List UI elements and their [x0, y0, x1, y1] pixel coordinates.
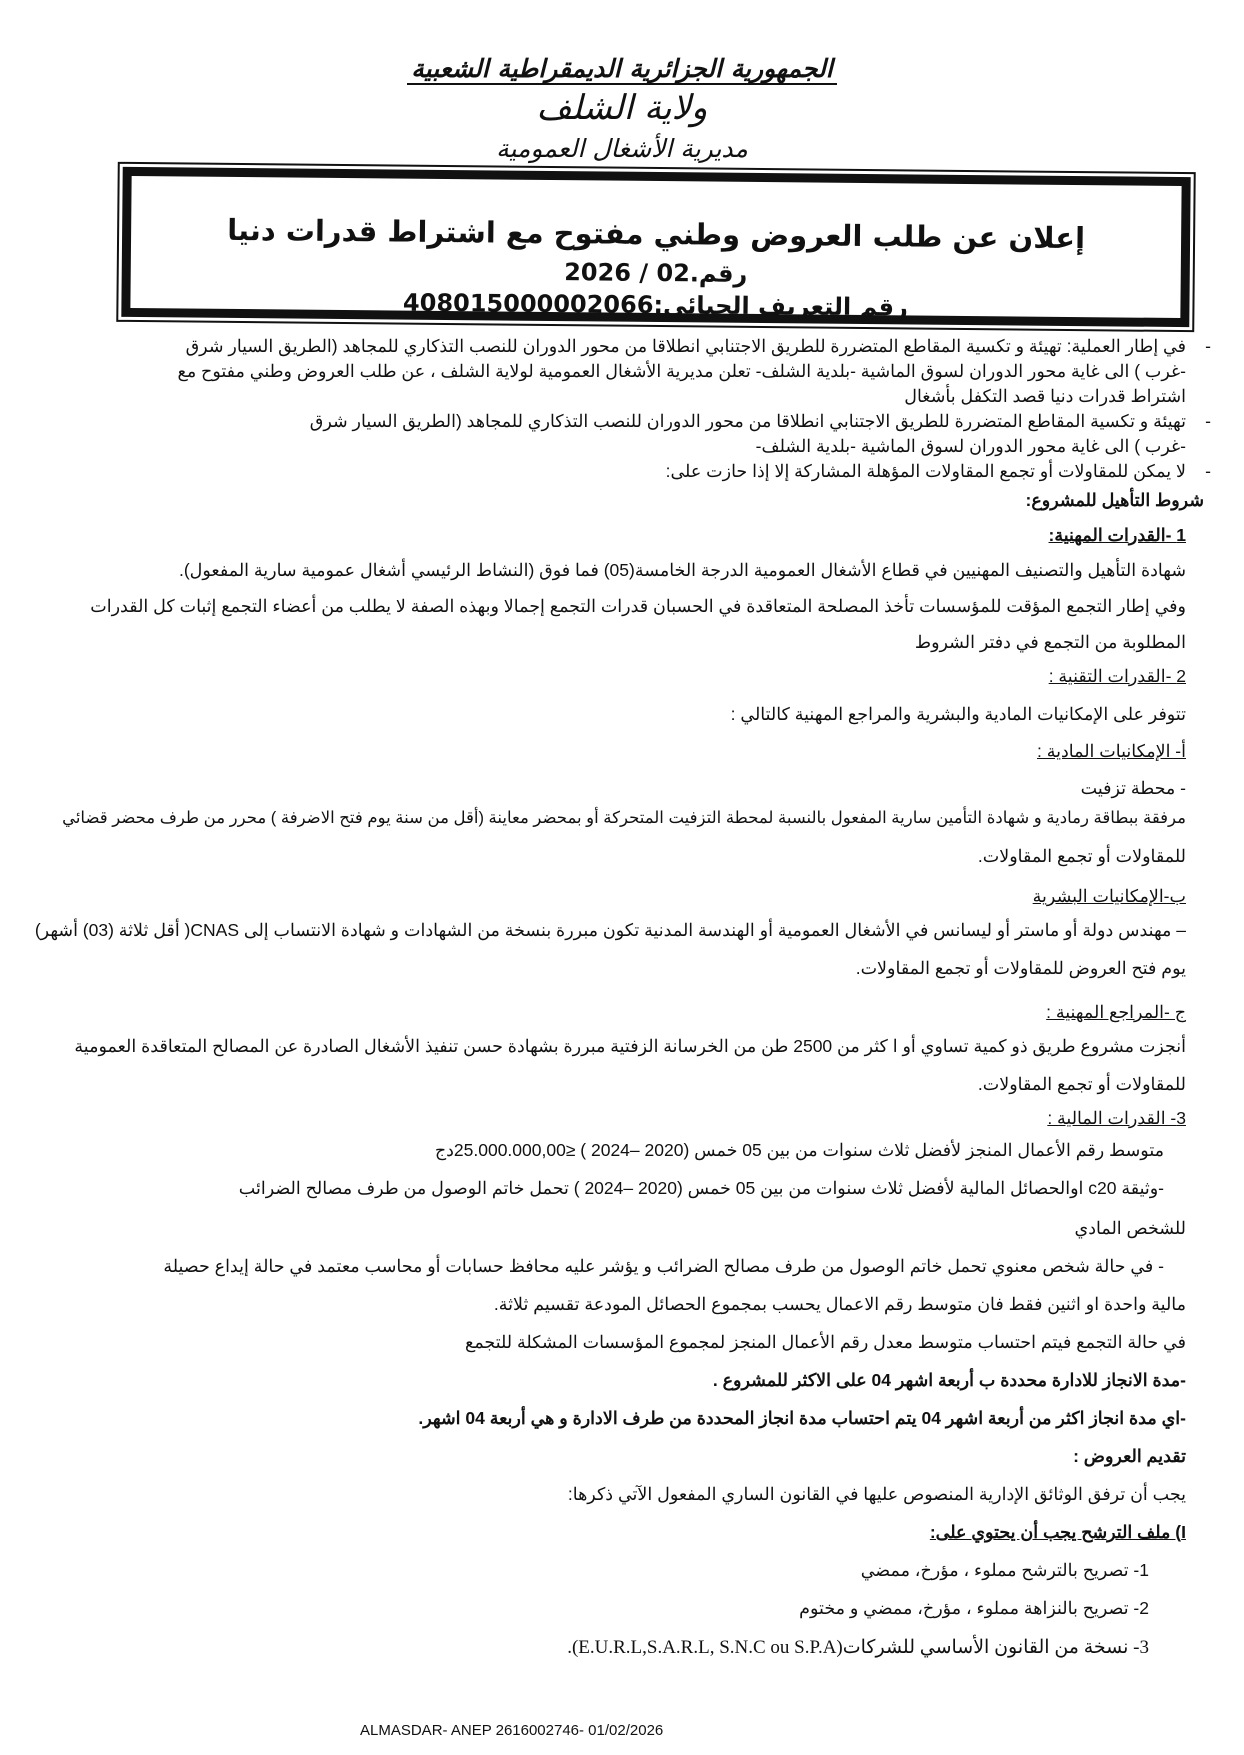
candidacy-item: 3- نسخة من القانون الأساسي للشركات(E.U.R…	[40, 1636, 1149, 1659]
submission-intro: يجب أن ترفق الوثائق الإدارية المنصوص علي…	[40, 1484, 1186, 1505]
financial-line: متوسط رقم الأعمال المنجز لأفضل ثلاث سنوا…	[40, 1140, 1164, 1161]
human-line: – مهندس دولة أو ماستر أو ليسانس في الأشغ…	[40, 920, 1186, 941]
material-line: مرفقة ببطاقة رمادية و شهادة التأمين ساري…	[40, 808, 1186, 828]
directorate-heading: مديرية الأشغال العمومية	[0, 134, 1244, 163]
intro-line: لا يمكن للمقاولات أو تجمع المقاولات المؤ…	[40, 461, 1186, 482]
financial-line: مالية واحدة او اثنين فقط فان متوسط رقم ا…	[40, 1294, 1186, 1315]
submission-heading: تقديم العروض :	[40, 1446, 1186, 1467]
eligibility-heading: شروط التأهيل للمشروع:	[40, 490, 1204, 511]
references-heading: ج -المراجع المهنية :	[40, 1002, 1186, 1023]
republic-heading: الجمهورية الجزائرية الديمقراطية الشعبية	[0, 54, 1244, 83]
financial-line: للشخص المادي	[40, 1218, 1186, 1239]
technical-heading: 2 -القدرات التقنية :	[40, 666, 1186, 687]
financial-line: في حالة التجمع فيتم احتساب متوسط معدل رق…	[40, 1332, 1186, 1353]
intro-line: اشتراط قدرات دنيا قصد التكفل بأشغال	[40, 386, 1186, 407]
duration-line: -مدة الانجاز للادارة محددة ب أربعة اشهر …	[40, 1370, 1186, 1391]
professional-heading: 1 -القدرات المهنية:	[40, 525, 1186, 546]
publication-footer: ALMASDAR- ANEP 2616002746- 01/02/2026	[360, 1722, 663, 1739]
financial-line: - في حالة شخص معنوي تحمل خاتم الوصول من …	[40, 1256, 1164, 1277]
material-heading: أ- الإمكانيات المادية :	[40, 741, 1186, 762]
references-line: للمقاولات أو تجمع المقاولات.	[40, 1074, 1186, 1095]
announcement-number: رقم.02 / 2026	[131, 254, 1181, 292]
tax-id: رقم التعريف الجبائى:408015000002066	[130, 286, 1180, 324]
professional-line: شهادة التأهيل والتصنيف المهنيين في قطاع …	[40, 560, 1186, 581]
material-line: - محطة تزفيت	[40, 778, 1186, 799]
candidacy-item: 2- تصريح بالنزاهة مملوء ، مؤرخ، ممضي و م…	[40, 1598, 1149, 1619]
announcement-title: إعلان عن طلب العروض وطني مفتوح مع اشتراط…	[131, 212, 1181, 256]
human-line: يوم فتح العروض للمقاولات أو تجمع المقاول…	[40, 958, 1186, 979]
intro-line: -غرب ) الى غاية محور الدوران لسوق الماشي…	[40, 361, 1186, 382]
intro-line: في إطار العملية: تهيئة و تكسية المقاطع ا…	[40, 336, 1186, 357]
professional-line: وفي إطار التجمع المؤقت للمؤسسات تأخذ الم…	[40, 596, 1186, 617]
human-heading: ب-الإمكانيات البشرية	[40, 886, 1186, 907]
financial-heading: 3- القدرات المالية :	[40, 1108, 1186, 1129]
document-page: الجمهورية الجزائرية الديمقراطية الشعبية …	[0, 0, 1244, 1755]
financial-line: -وثيقة c20 اوالحصائل المالية لأفضل ثلاث …	[40, 1178, 1164, 1199]
material-line: للمقاولات أو تجمع المقاولات.	[40, 846, 1186, 867]
title-box: إعلان عن طلب العروض وطني مفتوح مع اشتراط…	[121, 167, 1190, 327]
intro-line: -غرب ) الى غاية محور الدوران لسوق الماشي…	[40, 436, 1186, 457]
technical-intro: تتوفر على الإمكانيات المادية والبشرية وا…	[40, 704, 1186, 725]
candidacy-item: 1- تصريح بالترشح مملوء ، مؤرخ، ممضي	[40, 1560, 1149, 1581]
wilaya-heading: ولاية الشلف	[0, 88, 1244, 128]
professional-line: المطلوبة من التجمع في دفتر الشروط	[40, 632, 1186, 653]
duration-line: -اي مدة انجاز اكثر من أربعة اشهر 04 يتم …	[40, 1408, 1186, 1429]
references-line: أنجزت مشروع طريق ذو كمية تساوي أو ا كثر …	[40, 1036, 1186, 1057]
candidacy-file-heading: I) ملف الترشح يجب أن يحتوي على:	[40, 1522, 1186, 1543]
intro-line: تهيئة و تكسية المقاطع المتضررة للطريق ال…	[40, 411, 1186, 432]
